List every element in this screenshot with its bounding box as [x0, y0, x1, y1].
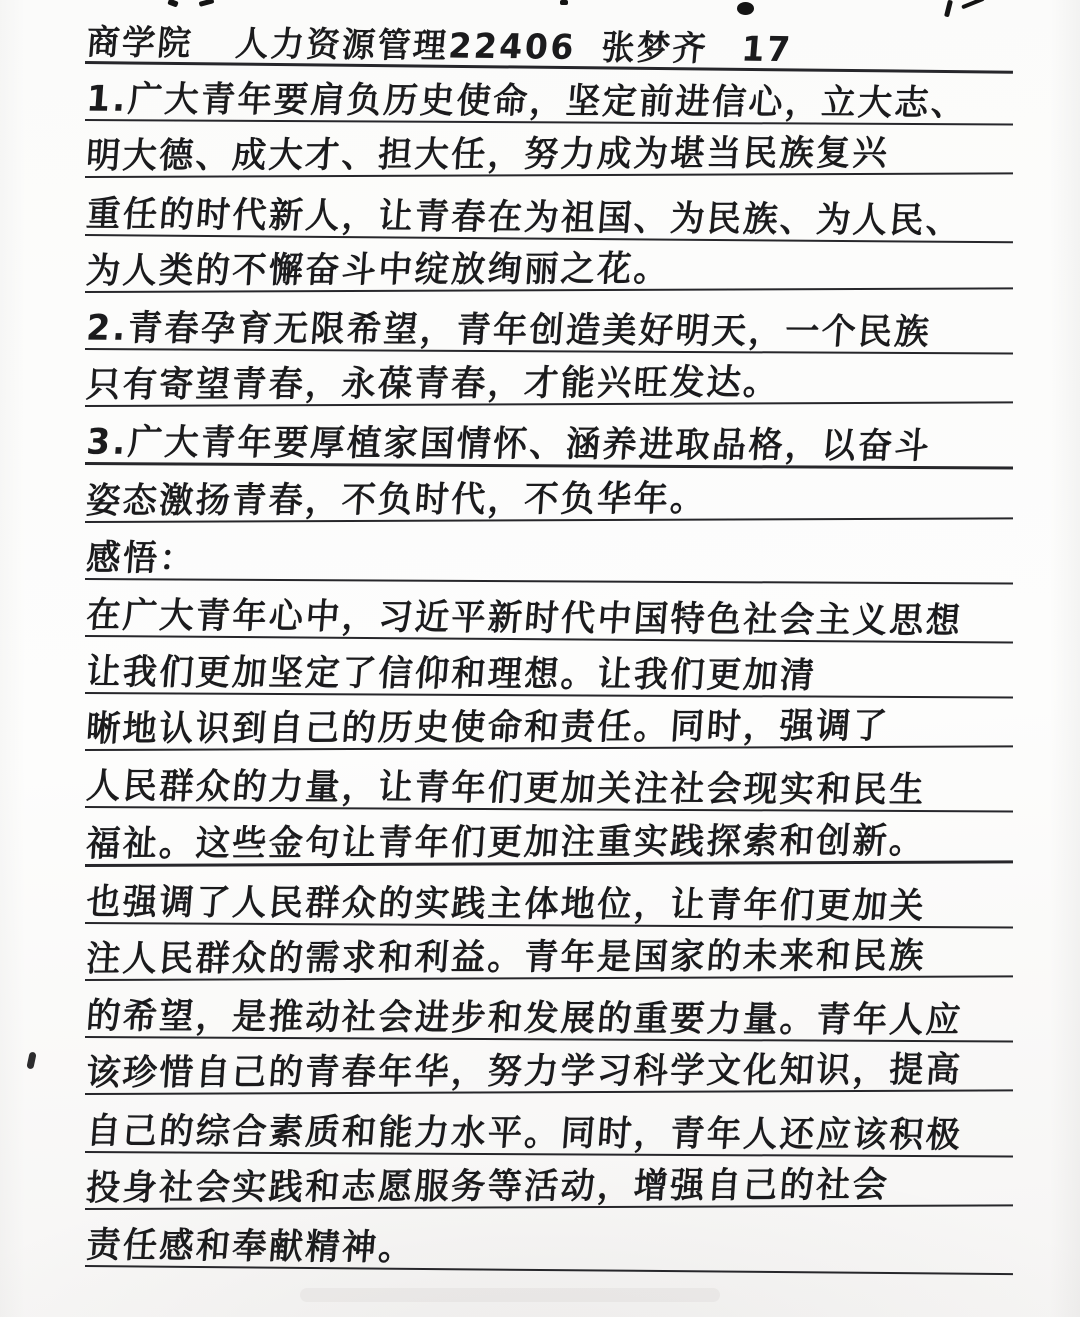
section-label: 感悟： — [85, 540, 197, 578]
handwritten-line: 也强调了人民群众的实践主体地位，让青年们更加关 — [85, 867, 1013, 929]
line-text: 2.青春孕育无限希望，青年创造美好明天，一个民族 — [85, 311, 932, 353]
handwritten-line: 该珍惜自己的青春年华，努力学习科学文化知识，提高 — [85, 1035, 1013, 1096]
line-text: 明大德、成大才、担大任，努力成为堪当民族复兴 — [85, 136, 890, 177]
handwritten-line: 3.广大青年要厚植家国情怀、涵养进取品格，以奋斗 — [85, 407, 1013, 470]
handwritten-line: 2.青春孕育无限希望，青年创造美好明天，一个民族 — [85, 293, 1013, 355]
section-label-line: 感悟： — [85, 523, 1013, 585]
margin-tick-mark — [26, 1051, 36, 1069]
handwritten-line: 1.广大青年要肩负历史使命，坚定前进信心，立大志、 — [85, 64, 1013, 126]
line-text: 福祉。这些金句让青年们更加注重实践探索和创新。 — [85, 823, 927, 864]
line-text: 在广大青年心中，习近平新时代中国特色社会主义思想 — [85, 598, 964, 642]
handwritten-line: 投身社会实践和志愿服务等活动，增强自己的社会 — [85, 1149, 1013, 1210]
handwritten-line: 为人类的不懈奋斗中绽放绚丽之花。 — [85, 232, 1013, 293]
header-student-name: 张梦齐 — [600, 30, 709, 67]
line-text: 为人类的不懈奋斗中绽放绚丽之花。 — [85, 251, 671, 291]
handwritten-line: 让我们更加坚定了信仰和理想。让我们更加清 — [85, 637, 1013, 699]
notebook-photo: 商学院 人力资源管理22406 张梦齐 17 1.广大青年要肩负历史使命，坚定前… — [0, 0, 1080, 1317]
line-text: 自己的综合素质和能力水平。同时，青年人还应该积极 — [85, 1113, 964, 1155]
handwritten-line: 只有寄望青春，永葆青春，才能兴旺发达。 — [85, 347, 1013, 408]
line-text: 投身社会实践和志愿服务等活动，增强自己的社会 — [85, 1167, 890, 1208]
header-student-number: 17 — [740, 32, 794, 69]
header-school: 商学院 — [85, 25, 194, 62]
line-text: 注人民群众的需求和利益。青年是国家的未来和民族 — [85, 939, 927, 980]
line-text: 晰地认识到自己的历史使命和责任。同时，强调了 — [85, 709, 890, 750]
line-text: 也强调了人民群众的实践主体地位，让青年们更加关 — [85, 885, 927, 927]
header-major-class: 人力资源管理22406 — [234, 26, 577, 66]
handwritten-line: 明大德、成大才、担大任，努力成为堪当民族复兴 — [85, 118, 1013, 179]
paper-sheet: 商学院 人力资源管理22406 张梦齐 17 1.广大青年要肩负历史使命，坚定前… — [85, 6, 1013, 1267]
handwritten-line: 的希望，是推动社会进步和发展的重要力量。青年人应 — [85, 981, 1013, 1043]
handwritten-line: 在广大青年心中，习近平新时代中国特色社会主义思想 — [85, 580, 1013, 644]
line-text: 该珍惜自己的青春年华，努力学习科学文化知识，提高 — [85, 1053, 963, 1094]
handwritten-line: 人民群众的力量，让青年们更加关注社会现实和民生 — [85, 751, 1013, 813]
handwritten-line: 责任感和奉献精神。 — [85, 1210, 1013, 1275]
handwritten-line: 晰地认识到自己的历史使命和责任。同时，强调了 — [85, 691, 1013, 752]
line-text: 责任感和奉献精神。 — [85, 1228, 416, 1268]
paper-smudge — [300, 1288, 720, 1302]
line-text: 姿态激扬青春，不负时代，不负华年。 — [85, 481, 708, 521]
handwritten-line: 自己的综合素质和能力水平。同时，青年人还应该积极 — [85, 1096, 1013, 1158]
line-text: 让我们更加坚定了信仰和理想。让我们更加清 — [85, 655, 818, 696]
handwritten-line: 姿态激扬青春，不负时代，不负华年。 — [85, 462, 1013, 523]
line-text: 3.广大青年要厚植家国情怀、涵养进取品格，以奋斗 — [85, 425, 932, 467]
handwritten-line: 注人民群众的需求和利益。青年是国家的未来和民族 — [85, 920, 1013, 981]
cropped-stroke-mark — [560, 0, 568, 5]
line-text: 只有寄望青春，永葆青春，才能兴旺发达。 — [85, 365, 781, 405]
line-text: 人民群众的力量，让青年们更加关注社会现实和民生 — [85, 769, 927, 811]
handwritten-line: 福祉。这些金句让青年们更加注重实践探索和创新。 — [85, 805, 1013, 867]
